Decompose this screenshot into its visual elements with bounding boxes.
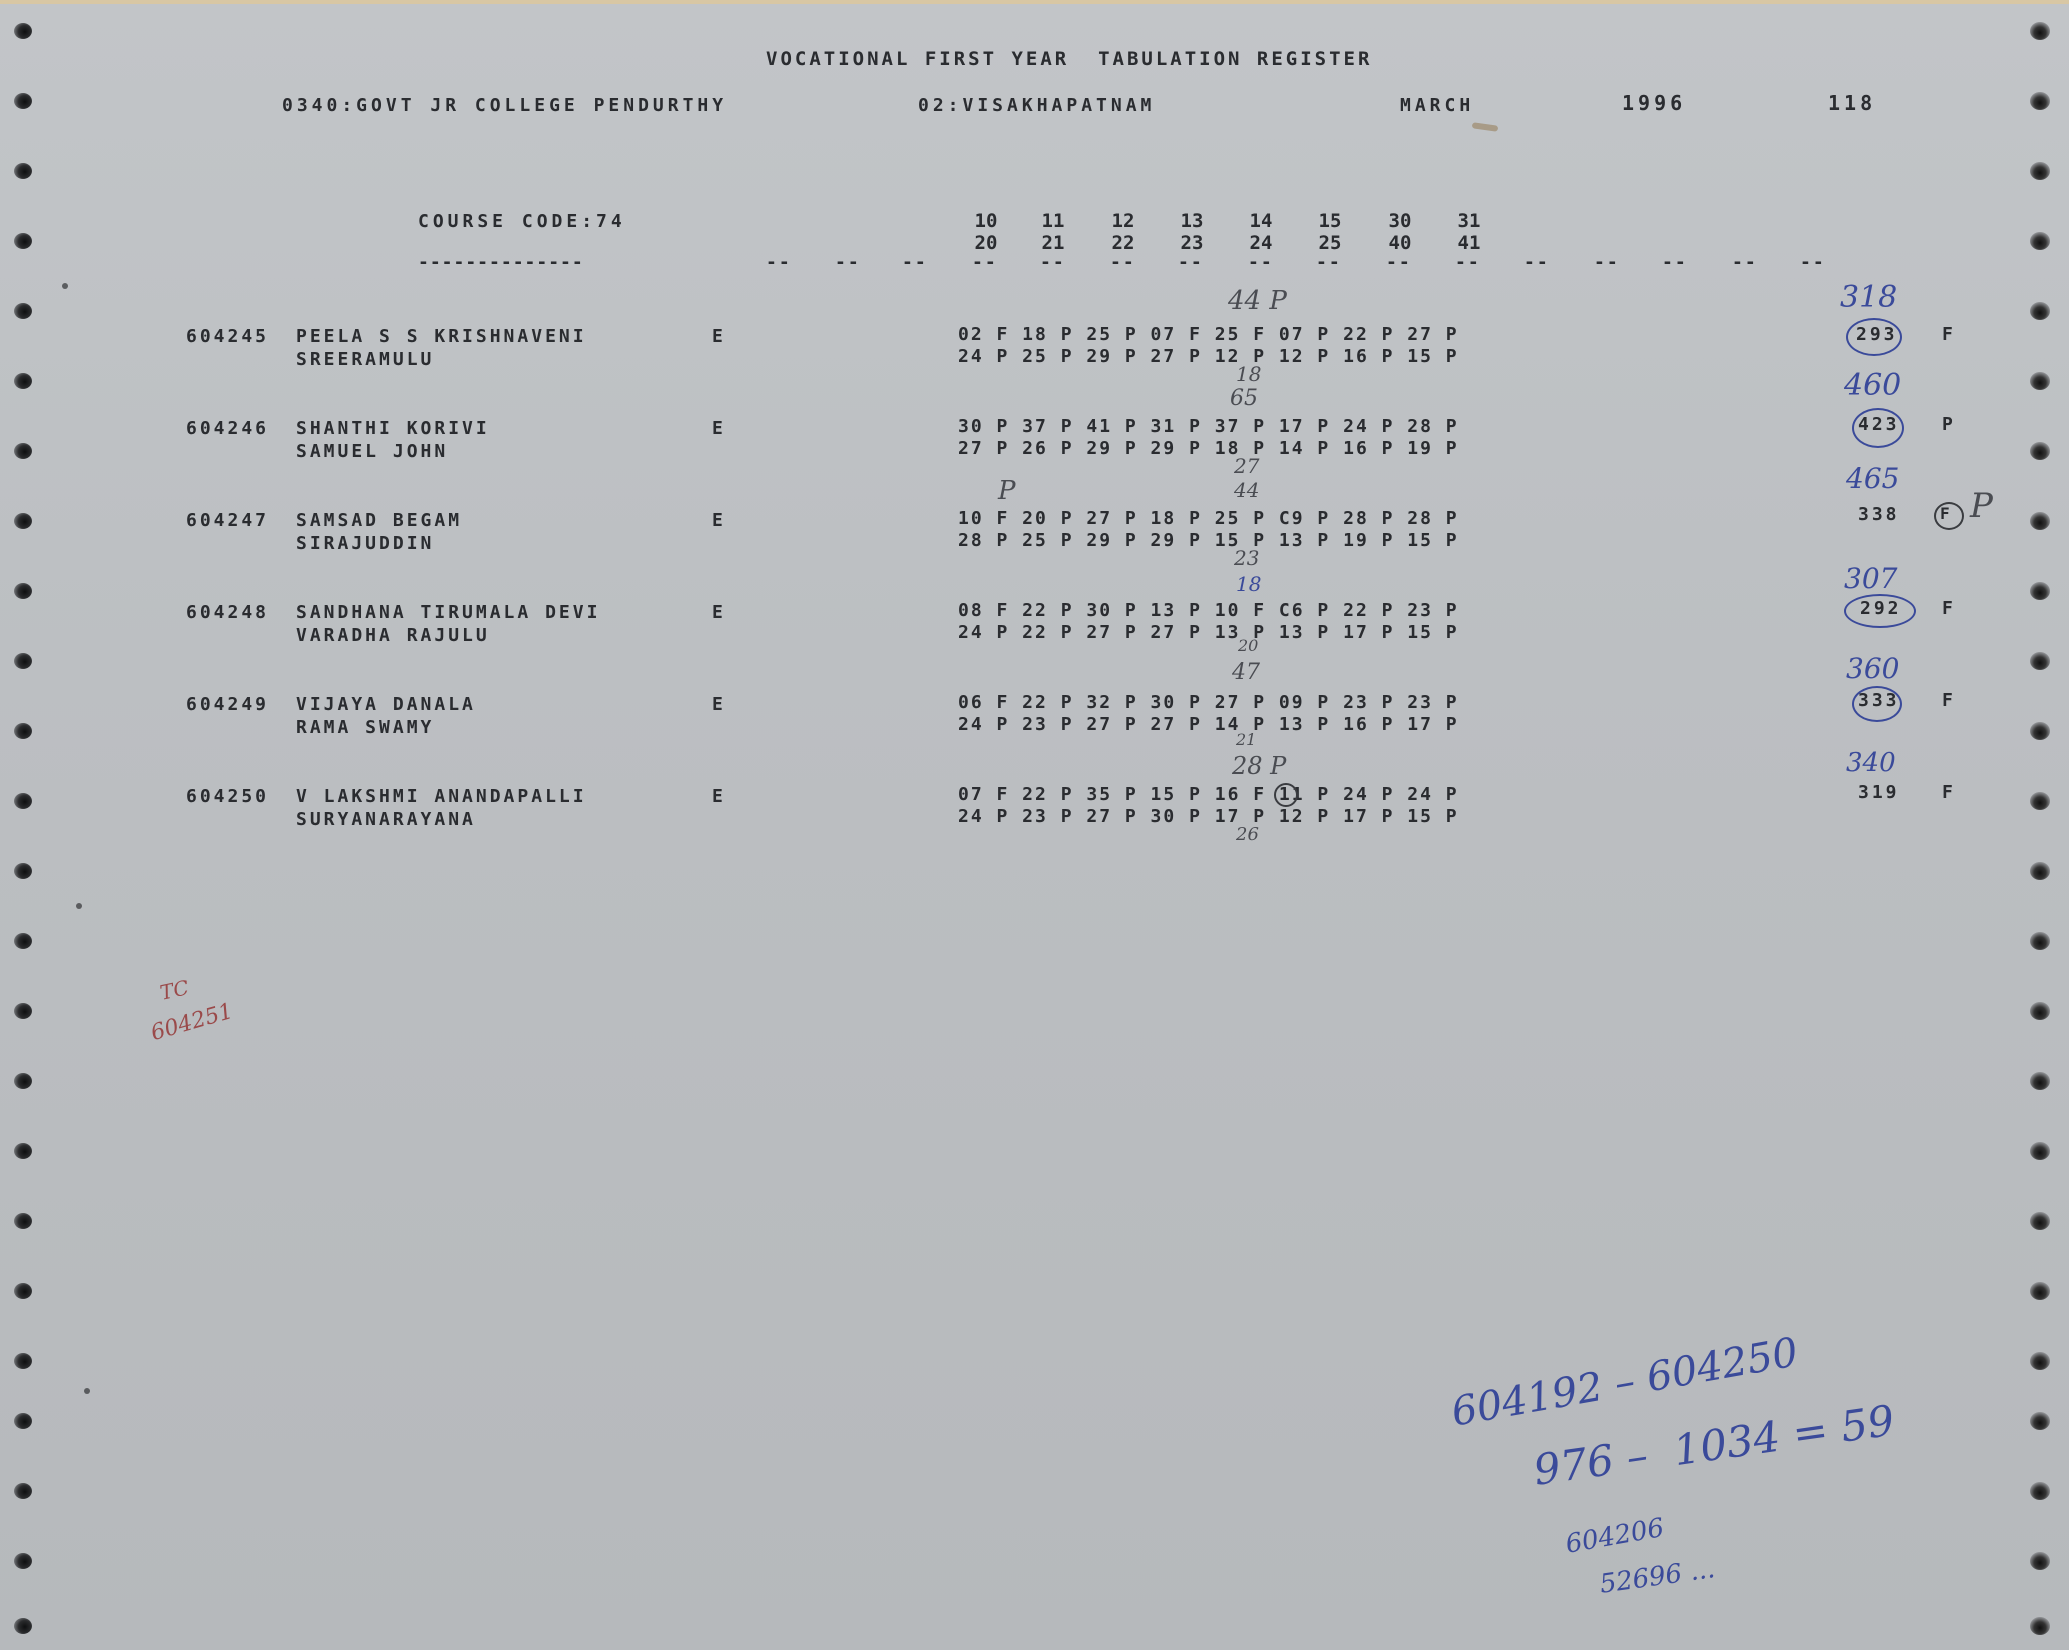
grand-total: 338: [1858, 504, 1900, 525]
hall-ticket-number: 604250: [186, 786, 269, 807]
handwritten-correction: 27: [1234, 454, 1259, 478]
college-name: 0340:GOVT JR COLLEGE PENDURTHY: [282, 95, 727, 116]
result: P: [1942, 414, 1956, 435]
subject-code: 1121: [1033, 210, 1073, 254]
feed-hole-icon: [2030, 92, 2050, 110]
handwritten-correction: 44: [1234, 478, 1259, 502]
handwritten-correction: 44 P: [1228, 286, 1287, 316]
hall-ticket-number: 604248: [186, 602, 269, 623]
feed-hole-icon: [2030, 862, 2050, 880]
feed-hole-icon: [14, 1213, 32, 1229]
course-code: COURSE CODE:74: [418, 211, 626, 232]
feed-hole-icon: [14, 443, 32, 459]
handwritten-total: 360: [1846, 652, 1899, 685]
paper-top-edge: [0, 0, 2069, 4]
paper-speck: [62, 283, 68, 289]
medium: E: [712, 786, 726, 807]
handwritten-correction: 65: [1230, 386, 1258, 411]
student-name: PEELA S S KRISHNAVENI: [296, 326, 587, 347]
feed-hole-icon: [2030, 302, 2050, 320]
handwritten-result: P: [1970, 486, 1993, 526]
handwritten-total: 318: [1840, 280, 1897, 315]
handwritten-correction: 47: [1232, 660, 1260, 685]
student-name: SHANTHI KORIVI: [296, 418, 490, 439]
feed-hole-icon: [2030, 582, 2050, 600]
father-name: SURYANARAYANA: [296, 809, 476, 830]
feed-hole-icon: [2030, 232, 2050, 250]
father-name: SREERAMULU: [296, 349, 434, 370]
page-number: 118: [1828, 91, 1876, 115]
feed-hole-icon: [2030, 512, 2050, 530]
marks-row-2: 24 P 23 P 27 P 27 P 14 P 13 P 16 P 17 P: [958, 714, 1459, 735]
feed-hole-icon: [2030, 372, 2050, 390]
feed-hole-icon: [14, 583, 32, 599]
feed-hole-icon: [14, 1483, 32, 1499]
result: F: [1942, 782, 1956, 803]
subject-code: 1323: [1172, 210, 1212, 254]
hall-ticket-number: 604247: [186, 510, 269, 531]
feed-hole-icon: [14, 1143, 32, 1159]
subject-code: 3040: [1380, 210, 1420, 254]
feed-hole-icon: [2030, 22, 2050, 40]
feed-hole-icon: [14, 1553, 32, 1569]
student-name: SAMSAD BEGAM: [296, 510, 462, 531]
result: F: [1942, 324, 1956, 345]
handwritten-total: 465: [1846, 462, 1899, 495]
tabulation-register-sheet: VOCATIONAL FIRST YEAR TABULATION REGISTE…: [0, 0, 2069, 1650]
handwritten-correction: 18: [1236, 362, 1261, 386]
marks-row-2: 24 P 25 P 29 P 27 P 12 P 12 P 16 P 15 P: [958, 346, 1459, 367]
student-name: V LAKSHMI ANANDAPALLI: [296, 786, 587, 807]
paper-speck: [84, 1388, 90, 1394]
feed-hole-icon: [2030, 1282, 2050, 1300]
feed-hole-icon: [14, 1413, 32, 1429]
feed-hole-icon: [14, 793, 32, 809]
father-name: VARADHA RAJULU: [296, 625, 490, 646]
grand-total: 293: [1856, 324, 1898, 345]
feed-hole-icon: [14, 863, 32, 879]
marks-row-1: 02 F 18 P 25 P 07 F 25 F 07 P 22 P 27 P: [958, 324, 1459, 345]
feed-hole-icon: [2030, 1552, 2050, 1570]
marks-row-2: 27 P 26 P 29 P 29 P 18 P 14 P 16 P 19 P: [958, 438, 1459, 459]
hall-ticket-number: 604245: [186, 326, 269, 347]
subject-code: 1020: [966, 210, 1006, 254]
feed-hole-icon: [14, 1003, 32, 1019]
medium: E: [712, 418, 726, 439]
handwritten-correction: 26: [1236, 824, 1259, 845]
father-name: SIRAJUDDIN: [296, 533, 434, 554]
paper-speck: [76, 903, 82, 909]
subject-code: 1525: [1310, 210, 1350, 254]
feed-hole-icon: [14, 1353, 32, 1369]
feed-hole-icon: [14, 1283, 32, 1299]
feed-hole-icon: [14, 23, 32, 39]
feed-hole-icon: [2030, 1072, 2050, 1090]
feed-hole-icon: [2030, 1617, 2050, 1635]
feed-hole-icon: [14, 513, 32, 529]
handwritten-total: 307: [1844, 562, 1897, 595]
marks-row-2: 28 P 25 P 29 P 29 P 15 P 13 P 19 P 15 P: [958, 530, 1459, 551]
marks-row-1: 06 F 22 P 32 P 30 P 27 P 09 P 23 P 23 P: [958, 692, 1459, 713]
exam-year: 1996: [1622, 91, 1686, 115]
grand-total: 319: [1858, 782, 1900, 803]
feed-hole-icon: [14, 163, 32, 179]
feed-hole-icon: [14, 1618, 32, 1634]
feed-hole-icon: [2030, 1482, 2050, 1500]
district-name: 02:VISAKHAPATNAM: [918, 95, 1155, 116]
feed-hole-icon: [14, 723, 32, 739]
handwritten-correction: 20: [1238, 636, 1258, 655]
feed-hole-icon: [14, 1073, 32, 1089]
handwritten-correction: 21: [1236, 730, 1256, 749]
result: F: [1942, 598, 1956, 619]
feed-hole-icon: [2030, 442, 2050, 460]
exam-month: MARCH: [1400, 95, 1474, 116]
grand-total: 292: [1860, 598, 1902, 619]
marks-row-1: 08 F 22 P 30 P 13 P 10 F C6 P 22 P 23 P: [958, 600, 1459, 621]
medium: E: [712, 326, 726, 347]
subject-code: 1424: [1241, 210, 1281, 254]
course-code-underline: --------------: [418, 252, 584, 273]
grand-total: 423: [1858, 414, 1900, 435]
feed-hole-icon: [14, 373, 32, 389]
feed-hole-icon: [2030, 722, 2050, 740]
student-name: VIJAYA DANALA: [296, 694, 476, 715]
father-name: SAMUEL JOHN: [296, 441, 448, 462]
father-name: RAMA SWAMY: [296, 717, 434, 738]
marks-row-2: 24 P 23 P 27 P 30 P 17 P 12 P 17 P 15 P: [958, 806, 1459, 827]
student-name: SANDHANA TIRUMALA DEVI: [296, 602, 600, 623]
hall-ticket-number: 604246: [186, 418, 269, 439]
subject-code: 3141: [1449, 210, 1489, 254]
ink-stain: [1472, 122, 1499, 132]
feed-hole-icon: [14, 653, 32, 669]
feed-hole-icon: [14, 933, 32, 949]
marks-row-1: 07 F 22 P 35 P 15 P 16 F 11 P 24 P 24 P: [958, 784, 1459, 805]
result: F: [1940, 504, 1953, 523]
medium: E: [712, 694, 726, 715]
circle-mark-icon: [1274, 783, 1298, 807]
subject-code: 1222: [1103, 210, 1143, 254]
handwritten-total: 340: [1846, 748, 1896, 778]
feed-hole-icon: [2030, 1352, 2050, 1370]
feed-hole-icon: [2030, 162, 2050, 180]
feed-hole-icon: [2030, 792, 2050, 810]
result: F: [1942, 690, 1956, 711]
feed-hole-icon: [2030, 932, 2050, 950]
feed-hole-icon: [14, 303, 32, 319]
feed-hole-icon: [2030, 1142, 2050, 1160]
handwritten-correction: 23: [1234, 546, 1259, 570]
grand-total: 333: [1858, 690, 1900, 711]
feed-hole-icon: [2030, 1002, 2050, 1020]
marks-row-1: 10 F 20 P 27 P 18 P 25 P C9 P 28 P 28 P: [958, 508, 1459, 529]
feed-hole-icon: [2030, 1212, 2050, 1230]
marks-row-2: 24 P 22 P 27 P 27 P 13 P 13 P 17 P 15 P: [958, 622, 1459, 643]
hall-ticket-number: 604249: [186, 694, 269, 715]
register-title: VOCATIONAL FIRST YEAR TABULATION REGISTE…: [766, 48, 1372, 70]
marks-row-1: 30 P 37 P 41 P 31 P 37 P 17 P 24 P 28 P: [958, 416, 1459, 437]
handwritten-correction: P: [998, 476, 1016, 506]
feed-hole-icon: [14, 93, 32, 109]
handwritten-correction: 28 P: [1232, 752, 1286, 780]
feed-hole-icon: [14, 233, 32, 249]
medium: E: [712, 602, 726, 623]
feed-hole-icon: [2030, 652, 2050, 670]
feed-hole-icon: [2030, 1412, 2050, 1430]
handwritten-total: 460: [1844, 368, 1901, 403]
handwritten-correction: 18: [1236, 572, 1261, 596]
medium: E: [712, 510, 726, 531]
